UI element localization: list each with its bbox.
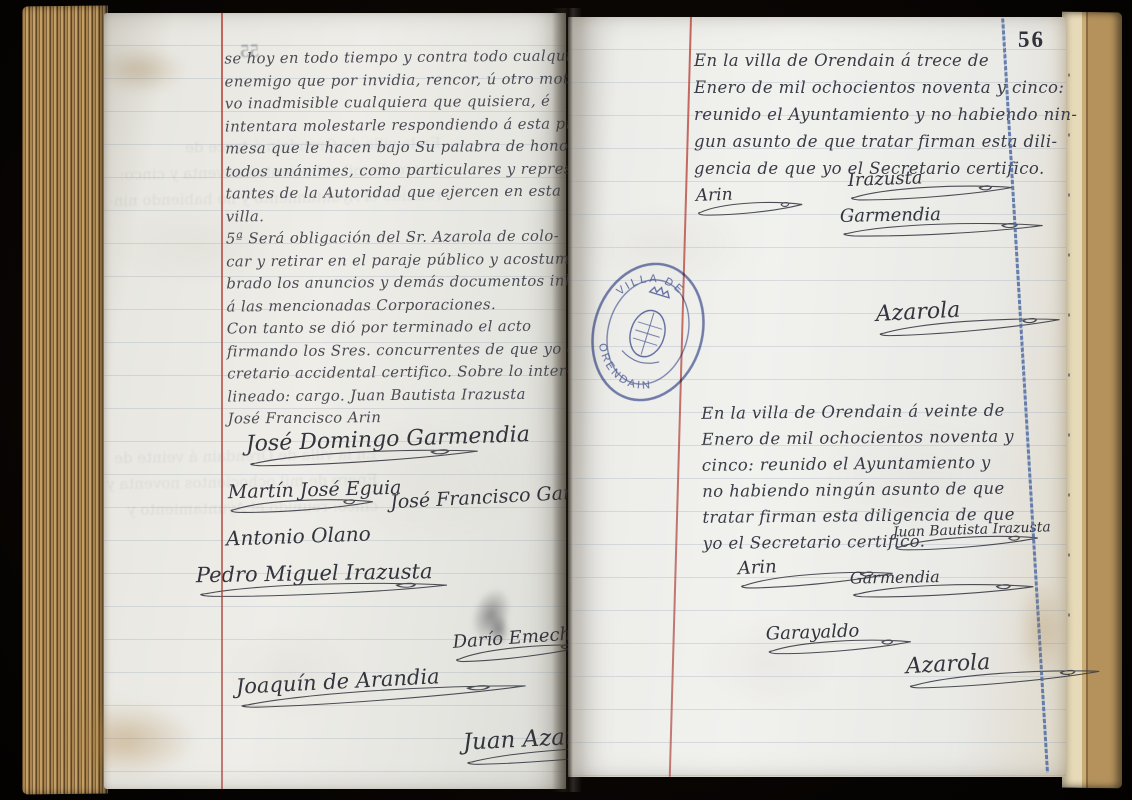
manuscript-line: intentara molestarle respondiendo á esta… — [225, 113, 567, 138]
photo-of-manuscript-book: 55 En la villa de Orendain á trece de En… — [0, 0, 1132, 800]
manuscript-line: Con tanto se dió por terminado el acto — [227, 316, 569, 341]
manuscript-line: cretario accidental certifico. Sobre lo … — [227, 361, 569, 386]
manuscript-line: villa. — [226, 203, 568, 228]
manuscript-line: lineado: cargo. Juan Bautista Irazusta — [227, 383, 569, 408]
signature: Joaquín de Arandia — [235, 659, 536, 711]
manuscript-line: enemigo que por invidia, rencor, ú otro … — [225, 68, 567, 93]
manuscript-line: cinco: reunido el Ayuntamiento y — [702, 449, 1060, 479]
manuscript-entry-13-january: En la villa de Orendain á trece de Enero… — [694, 47, 1050, 182]
manuscript-line: Enero de mil ochocientos noventa y — [701, 423, 1059, 453]
signature: Antonio Olano — [226, 521, 371, 550]
signature-flourish — [850, 580, 1040, 599]
manuscript-line: á las mencionadas Corporaciones. — [226, 293, 568, 318]
signature: Irazusta — [847, 164, 1018, 203]
book-gutter — [552, 8, 582, 792]
manuscript-line: firmando los Sres. concurrentes de que y… — [227, 338, 569, 363]
secretary-signature: Juan Bautista Irazusta — [893, 519, 1052, 552]
signature: Garmendia — [850, 565, 1041, 599]
manuscript-line: En la villa de Orendain á veinte de — [701, 397, 1059, 427]
manuscript-line: gun asunto de que tratar firman esta dil… — [694, 128, 1050, 155]
signature-flourish — [196, 579, 456, 600]
manuscript-line: mesa que le hacen bajo Su palabra de hon… — [225, 136, 567, 161]
signature: Garayaldo — [765, 618, 916, 656]
signature: Martín José Eguia — [228, 477, 402, 516]
signature: Pedro Miguel Irazusta — [196, 559, 457, 600]
manuscript-line: reunido el Ayuntamiento y no habiendo ni… — [694, 101, 1050, 128]
left-page: 55 En la villa de Orendain á trece de En… — [104, 13, 566, 789]
manuscript-line: 5ª Será obligación del Sr. Azarola de co… — [226, 226, 568, 251]
signature-flourish — [696, 198, 806, 218]
manuscript-text-left: se hoy en todo tiempo y contra todo cual… — [224, 46, 569, 431]
book-page-edges-left — [22, 6, 108, 795]
manuscript-line: brado los anuncios y demás documentos in… — [226, 271, 568, 296]
signature: Arin — [695, 182, 806, 218]
manuscript-line: Enero de mil ochocientos noventa y cinco… — [694, 74, 1050, 101]
signature: Azarola — [875, 292, 1067, 339]
signature-flourish — [840, 219, 1050, 239]
manuscript-line: todos unánimes, como particulares y repr… — [225, 158, 567, 183]
manuscript-line: En la villa de Orendain á trece de — [694, 47, 1050, 74]
signature: Garmendia — [840, 202, 1051, 239]
manuscript-line: car y retirar en el paraje público y aco… — [226, 248, 568, 273]
manuscript-line: no habiendo ningún asunto de que — [702, 475, 1060, 505]
manuscript-line: tantes de la Autoridad que ejercen en es… — [226, 181, 568, 206]
manuscript-line: se hoy en todo tiempo y contra todo cual… — [224, 46, 566, 71]
signature-flourish — [228, 495, 378, 515]
manuscript-line: vo inadmisible cualquiera que quisiera, … — [225, 91, 567, 116]
